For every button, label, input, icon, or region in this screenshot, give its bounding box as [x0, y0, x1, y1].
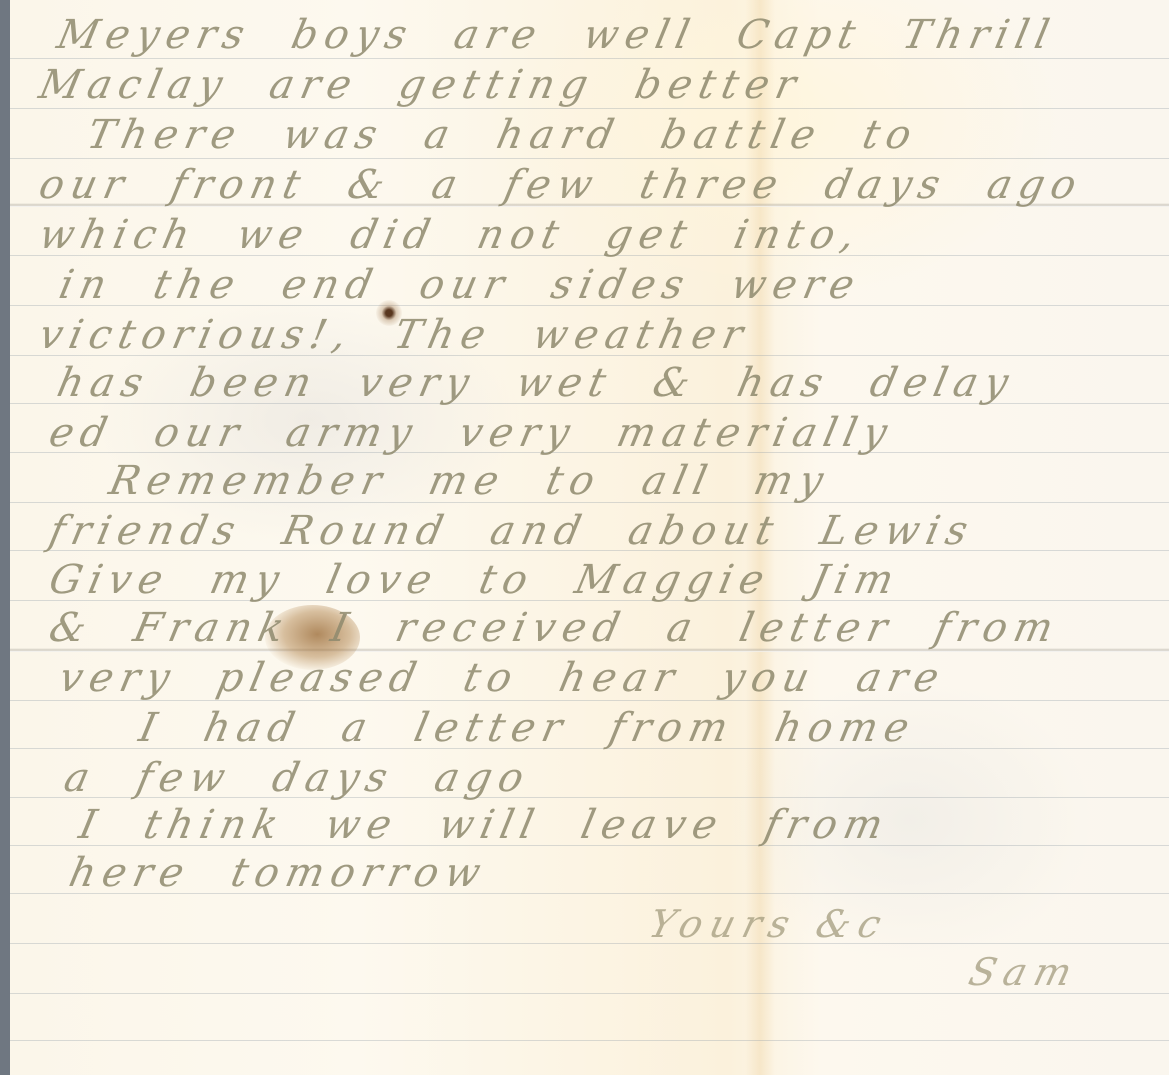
letter-line: victorious!, The weather — [35, 312, 754, 358]
letter-line: a few days ago — [60, 755, 535, 801]
letter-line: here tomorrow — [65, 850, 491, 896]
letter-line: Remember me to all my — [105, 458, 834, 504]
letter-line: There was a hard battle to — [83, 112, 922, 158]
ruled-line — [10, 158, 1169, 159]
letter-line: Maclay are getting better — [35, 62, 807, 108]
ruled-line — [10, 58, 1169, 59]
letter-line: has been very wet & has delay — [53, 360, 1019, 406]
letter-line: Give my love to Maggie Jim — [45, 557, 904, 603]
letter-line: ed our army very materially — [45, 410, 898, 456]
letter-line: & Frank I received a letter from — [45, 605, 1064, 651]
letter-line: I had a letter from home — [135, 705, 920, 751]
letter-page: Meyers boys are well Capt Thrill Maclay … — [10, 0, 1169, 1075]
letter-line: I think we will leave from — [75, 802, 894, 848]
ruled-line — [10, 943, 1169, 944]
closing-salutation: Yours &c — [645, 902, 894, 946]
letter-line: Meyers boys are well Capt Thrill — [53, 12, 1060, 58]
letter-line: our front & a few three days ago — [35, 162, 1087, 208]
letter-line: which we did not get into, — [35, 212, 866, 258]
letter-line: very pleased to hear you are — [55, 655, 950, 701]
letter-line: in the end our sides were — [55, 262, 865, 308]
letter-line: friends Round and about Lewis — [45, 508, 979, 554]
ruled-line — [10, 1040, 1169, 1041]
ruled-line — [10, 108, 1169, 109]
signature: Sam — [965, 950, 1085, 994]
